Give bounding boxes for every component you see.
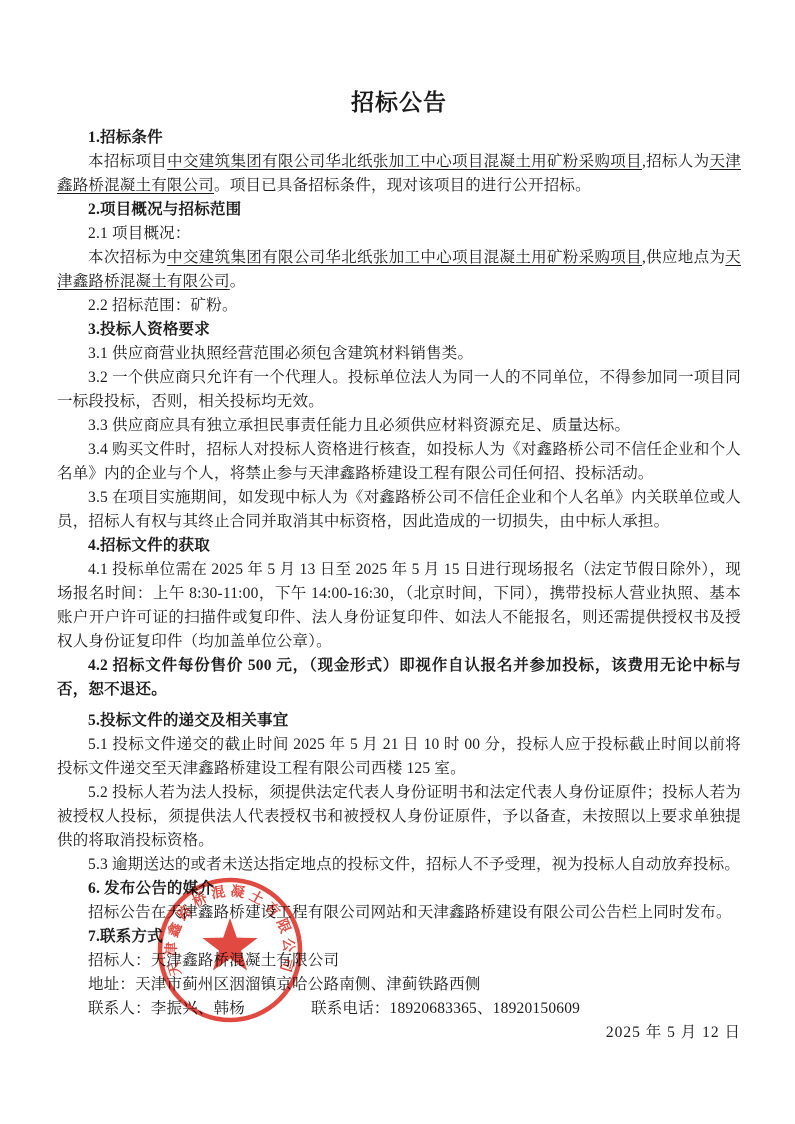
text-segment: 5.1 投标文件递交的截止时间 2025 年 5 月 21 日 10 时 00 … [57,736,741,777]
text-segment: 招标公告 [351,90,447,115]
contact-tenderee: 招标人：天津鑫路桥混凝土有限公司 [57,949,741,973]
text-segment: 4.招标文件的获取 [88,537,210,554]
para-3-1: 3.1 供应商营业执照经营范围必须包含建筑材料销售类。 [57,342,741,366]
scanned-tender-announcement-page: 招标公告1.招标条件本招标项目中交建筑集团有限公司华北纸张加工中心项目混凝土用矿… [0,0,795,1124]
text-segment: ,供应地点为 [642,249,725,266]
para-2-2: 2.2 招标范围：矿粉。 [57,294,741,318]
text-segment: 5.3 逾期送达的或者未送达指定地点的投标文件，招标人不予受理，视为投标人自动放… [88,856,740,873]
text-segment: 。 [230,273,246,290]
text-segment: 4.2 招标文件每份售价 500 元，（现金形式）即视作自认报名并参加投标，该费… [57,657,741,698]
para-2-1: 本次招标为中交建筑集团有限公司华北纸张加工中心项目混凝土用矿粉采购项目,供应地点… [57,246,741,294]
text-segment: 3.2 一个供应商只允许有一个代理人。投标单位法人为同一人的不同单位，不得参加同… [57,369,741,410]
announcement-body: 招标公告1.招标条件本招标项目中交建筑集团有限公司华北纸张加工中心项目混凝土用矿… [57,86,741,1045]
para-3-3: 3.3 供应商应具有独立承担民事责任能力且必须供应材料资源充足、质量达标。 [57,414,741,438]
text-segment: 地址：天津市蓟州区洇溜镇京哈公路南侧、津蓟铁路西侧 [88,976,481,993]
text-segment: 联系电话：18920683365、18920150609 [311,1000,580,1017]
para-1-1: 本招标项目中交建筑集团有限公司华北纸张加工中心项目混凝土用矿粉采购项目,招标人为… [57,150,741,198]
text-segment: 6. 发布公告的媒介 [88,880,214,897]
heading-4: 4.招标文件的获取 [57,534,741,558]
text-segment: 本次招标为 [88,249,167,266]
heading-6: 6. 发布公告的媒介 [57,877,741,901]
para-2-1-label: 2.1 项目概况： [57,222,741,246]
contact-persons: 联系人：李振兴、韩杨联系电话：18920683365、18920150609 [57,997,741,1021]
heading-3: 3.投标人资格要求 [57,318,741,342]
para-5-1: 5.1 投标文件递交的截止时间 2025 年 5 月 21 日 10 时 00 … [57,733,741,781]
para-6-1: 招标公告在天津鑫路桥建设工程有限公司网站和天津鑫路桥建设有限公司公告栏上同时发布… [57,901,741,925]
text-segment: 2.项目概况与招标范围 [88,201,241,218]
para-3-5: 3.5 在项目实施期间，如发现中标人为《对鑫路桥公司不信任企业和个人名单》内关联… [57,486,741,534]
text-segment: 5.2 投标人若为法人投标，须提供法定代表人身份证明书和法定代表人身份证原件；投… [57,784,741,849]
text-segment: 。项目已具备招标条件，现对该项目的进行公开招标。 [214,177,591,194]
text-segment: ,招标人为 [642,153,710,170]
text-segment: 2.1 项目概况： [88,225,191,242]
text-segment: 3.1 供应商营业执照经营范围必须包含建筑材料销售类。 [88,345,473,362]
text-segment: 3.3 供应商应具有独立承担民事责任能力且必须供应材料资源充足、质量达标。 [88,417,630,434]
text-segment: 4.1 投标单位需在 2025 年 5 月 13 日至 2025 年 5 月 1… [57,561,741,650]
doc-title: 招标公告 [57,86,741,120]
heading-5: 5.投标文件的递交及相关事宜 [57,709,741,733]
heading-1: 1.招标条件 [57,126,741,150]
text-segment: 3.5 在项目实施期间，如发现中标人为《对鑫路桥公司不信任企业和个人名单》内关联… [57,489,741,530]
para-3-2: 3.2 一个供应商只允许有一个代理人。投标单位法人为同一人的不同单位，不得参加同… [57,366,741,414]
underlined-text: 中交建筑集团有限公司华北纸张加工中心项目混凝土用矿粉采购项目 [167,249,642,266]
para-4-1: 4.1 投标单位需在 2025 年 5 月 13 日至 2025 年 5 月 1… [57,558,741,654]
text-segment: 3.投标人资格要求 [88,321,210,338]
text-segment: 本招标项目 [88,153,167,170]
para-4-2: 4.2 招标文件每份售价 500 元，（现金形式）即视作自认报名并参加投标，该费… [57,654,741,702]
underlined-text: 中交建筑集团有限公司华北纸张加工中心项目混凝土用矿粉采购项目 [167,153,642,170]
contact-address: 地址：天津市蓟州区洇溜镇京哈公路南侧、津蓟铁路西侧 [57,973,741,997]
text-segment: 招标人：天津鑫路桥混凝土有限公司 [88,952,339,969]
para-3-4: 3.4 购买文件时，招标人对投标人资格进行核查，如投标人为《对鑫路桥公司不信任企… [57,438,741,486]
para-5-3: 5.3 逾期送达的或者未送达指定地点的投标文件，招标人不予受理，视为投标人自动放… [57,853,741,877]
doc-date: 2025 年 5 月 12 日 [57,1021,741,1045]
heading-2: 2.项目概况与招标范围 [57,198,741,222]
text-segment: 招标公告在天津鑫路桥建设工程有限公司网站和天津鑫路桥建设有限公司公告栏上同时发布… [88,904,732,921]
text-segment: 1.招标条件 [88,129,163,146]
para-5-2: 5.2 投标人若为法人投标，须提供法定代表人身份证明书和法定代表人身份证原件；投… [57,781,741,853]
text-segment: 2025 年 5 月 12 日 [606,1024,741,1041]
text-segment: 5.投标文件的递交及相关事宜 [88,712,288,729]
heading-7: 7.联系方式 [57,925,741,949]
text-segment: 3.4 购买文件时，招标人对投标人资格进行核查，如投标人为《对鑫路桥公司不信任企… [57,441,741,482]
text-segment: 7.联系方式 [88,928,163,945]
text-segment: 2.2 招标范围：矿粉。 [88,297,238,314]
text-segment: 联系人：李振兴、韩杨 [88,1000,245,1017]
